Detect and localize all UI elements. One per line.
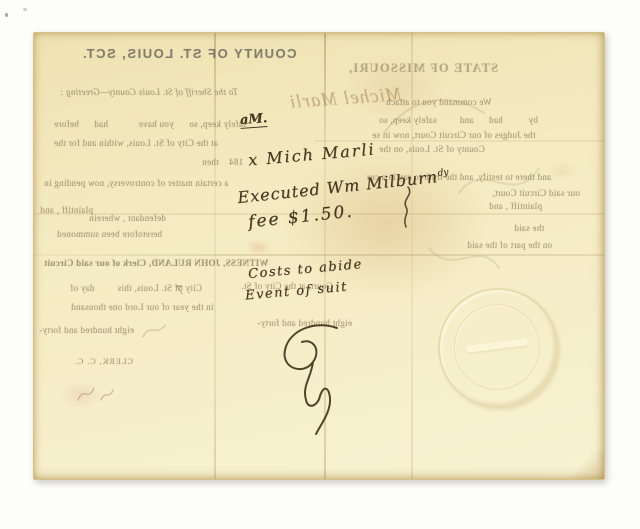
embossed-seal [438,288,558,408]
endorsement-fee-line: fee $1.50. [247,204,354,232]
vertical-fold-crease [214,33,216,479]
showthrough-plaintiff-left: plaintiff , and [40,206,93,215]
showthrough-year-line: in the year of our Lord one thousand [71,303,214,312]
showthrough-clerk-cc: CLERK, C. C. [74,358,133,366]
showthrough-county-header: COUNTY OF ST. LOUIS, SCT. [74,47,304,60]
showthrough-day-numeral: 7 [176,283,184,296]
endorsement-am-note: aM. [240,112,268,129]
ink-abbreviation-squiggle [396,183,418,233]
clerk-flourish-signature [269,318,359,438]
worn-corner-shading [570,449,604,479]
showthrough-sheriff-greeting: To the Sheriff of St. Louis County—Greet… [60,88,238,97]
scanned-document-photo: { "colors": { "paper": "#f4ebc2", "ink":… [0,0,640,529]
showthrough-controversy-line: a certain matter of controversy, now pen… [44,179,228,188]
dust-speck [23,8,27,11]
showthrough-pen-squiggle [454,153,544,213]
showthrough-summoned-left: heretofore been summoned [57,230,162,239]
showthrough-pen-squiggle [139,321,169,341]
showthrough-pen-squiggle [374,83,494,143]
showthrough-said-right: the said [514,224,544,233]
showthrough-witness-line: WITNESS, JOHN RULAND, Clerk of our said … [44,259,269,268]
showthrough-city-line: at the City of St. Louis, within and for… [54,139,218,148]
showthrough-forty-left: eight hundred and forty- [39,326,134,335]
showthrough-blank-year: 184 then [202,158,243,167]
endorsement-executed-suffix: dy [437,168,449,179]
endorsement-name-line: x Mich Marli [248,141,377,168]
aged-document-paper: COUNTY OF ST. LOUIS, SCT. To the Sheriff… [33,32,605,480]
showthrough-state-header: STATE OF MISSOURI, [334,62,512,75]
pencil-marks [74,378,118,408]
showthrough-defendant-left: defendant , wherein [89,214,166,223]
dust-speck [5,13,8,17]
showthrough-pen-squiggle [424,233,504,283]
showthrough-keep-line: safely keep, so you have had before [54,120,247,129]
horizontal-fold-crease [34,254,604,256]
